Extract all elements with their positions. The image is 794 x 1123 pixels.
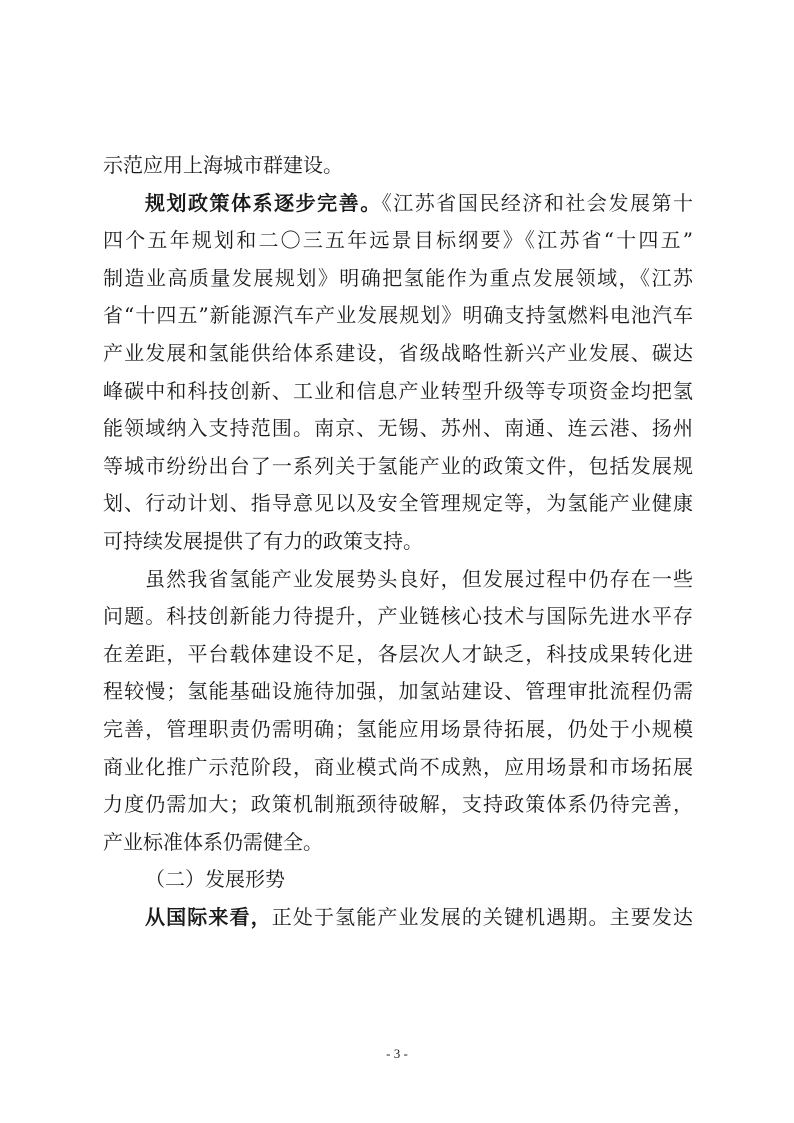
text-run: 峰碳中和科技创新、工业和信息产业转型升级等专项资金均把氢 — [103, 379, 693, 403]
text-run: 可持续发展提供了有力的政策支持。 — [103, 529, 423, 553]
paragraph-line: 程较慢；氢能基础设施待加强，加氢站建设、管理审批流程仍需 — [103, 673, 693, 711]
text-run: 商业化推广示范阶段，商业模式尚不成熟，应用场景和市场拓展 — [103, 755, 693, 779]
paragraph-line: 可持续发展提供了有力的政策支持。 — [103, 523, 693, 561]
document-page: 示范应用上海城市群建设。 规划政策体系逐步完善。《江苏省国民经济和社会发展第十 … — [0, 0, 794, 1123]
text-run: 示范应用上海城市群建设。 — [103, 153, 343, 177]
paragraph-line: 示范应用上海城市群建设。 — [103, 147, 693, 185]
heading-text: （二）发展形势 — [145, 867, 285, 891]
text-run: 虽然我省氢能产业发展势头良好，但发展过程中仍存在一些 — [145, 567, 693, 591]
text-run: 产业发展和氢能供给体系建设，省级战略性新兴产业发展、碳达 — [103, 341, 693, 365]
body-text: 示范应用上海城市群建设。 规划政策体系逐步完善。《江苏省国民经济和社会发展第十 … — [103, 147, 693, 936]
paragraph-line: 产业标准体系仍需健全。 — [103, 824, 693, 862]
text-run: 等城市纷纷出台了一系列关于氢能产业的政策文件，包括发展规 — [103, 454, 693, 478]
text-run: 省“十四五”新能源汽车产业发展规划》明确支持氢燃料电池汽车 — [103, 303, 693, 327]
page-number: - 3 - — [0, 1046, 794, 1062]
paragraph-line: 规划政策体系逐步完善。《江苏省国民经济和社会发展第十 — [103, 185, 693, 223]
text-run: 问题。科技创新能力待提升，产业链核心技术与国际先进水平存 — [103, 604, 693, 628]
bold-lead: 从国际来看， — [145, 905, 272, 929]
bold-lead: 规划政策体系逐步完善。 — [145, 191, 382, 215]
text-run: 正处于氢能产业发展的关键机遇期。主要发达 — [272, 905, 693, 929]
text-run: 划、行动计划、指导意见以及安全管理规定等，为氢能产业健康 — [103, 491, 693, 515]
paragraph-line: 等城市纷纷出台了一系列关于氢能产业的政策文件，包括发展规 — [103, 448, 693, 486]
text-run: 能领域纳入支持范围。南京、无锡、苏州、南通、连云港、扬州 — [103, 416, 693, 440]
paragraph-line: 省“十四五”新能源汽车产业发展规划》明确支持氢燃料电池汽车 — [103, 297, 693, 335]
text-run: 四个五年规划和二〇三五年远景目标纲要》《江苏省“十四五” — [103, 228, 693, 252]
paragraph-line: 制造业高质量发展规划》明确把氢能作为重点发展领域，《江苏 — [103, 260, 693, 298]
paragraph-line: 从国际来看，正处于氢能产业发展的关键机遇期。主要发达 — [103, 899, 693, 937]
paragraph-line: 虽然我省氢能产业发展势头良好，但发展过程中仍存在一些 — [103, 561, 693, 599]
text-run: 《江苏省国民经济和社会发展第十 — [382, 191, 693, 215]
paragraph-line: 峰碳中和科技创新、工业和信息产业转型升级等专项资金均把氢 — [103, 373, 693, 411]
paragraph-line: 力度仍需加大；政策机制瓶颈待破解，支持政策体系仍待完善， — [103, 786, 693, 824]
paragraph-line: 产业发展和氢能供给体系建设，省级战略性新兴产业发展、碳达 — [103, 335, 693, 373]
paragraph-line: 问题。科技创新能力待提升，产业链核心技术与国际先进水平存 — [103, 598, 693, 636]
paragraph-line: 四个五年规划和二〇三五年远景目标纲要》《江苏省“十四五” — [103, 222, 693, 260]
text-run: 程较慢；氢能基础设施待加强，加氢站建设、管理审批流程仍需 — [103, 679, 693, 703]
paragraph-line: 划、行动计划、指导意见以及安全管理规定等，为氢能产业健康 — [103, 485, 693, 523]
paragraph-line: 商业化推广示范阶段，商业模式尚不成熟，应用场景和市场拓展 — [103, 749, 693, 787]
text-run: 在差距，平台载体建设不足，各层次人才缺乏，科技成果转化进 — [103, 642, 693, 666]
paragraph-line: 能领域纳入支持范围。南京、无锡、苏州、南通、连云港、扬州 — [103, 410, 693, 448]
paragraph-line: 在差距，平台载体建设不足，各层次人才缺乏，科技成果转化进 — [103, 636, 693, 674]
text-run: 完善，管理职责仍需明确；氢能应用场景待拓展，仍处于小规模 — [103, 717, 693, 741]
section-heading: （二）发展形势 — [103, 861, 693, 899]
text-run: 产业标准体系仍需健全。 — [103, 830, 323, 854]
text-run: 力度仍需加大；政策机制瓶颈待破解，支持政策体系仍待完善， — [103, 792, 693, 816]
text-run: 制造业高质量发展规划》明确把氢能作为重点发展领域，《江苏 — [103, 266, 693, 290]
paragraph-line: 完善，管理职责仍需明确；氢能应用场景待拓展，仍处于小规模 — [103, 711, 693, 749]
